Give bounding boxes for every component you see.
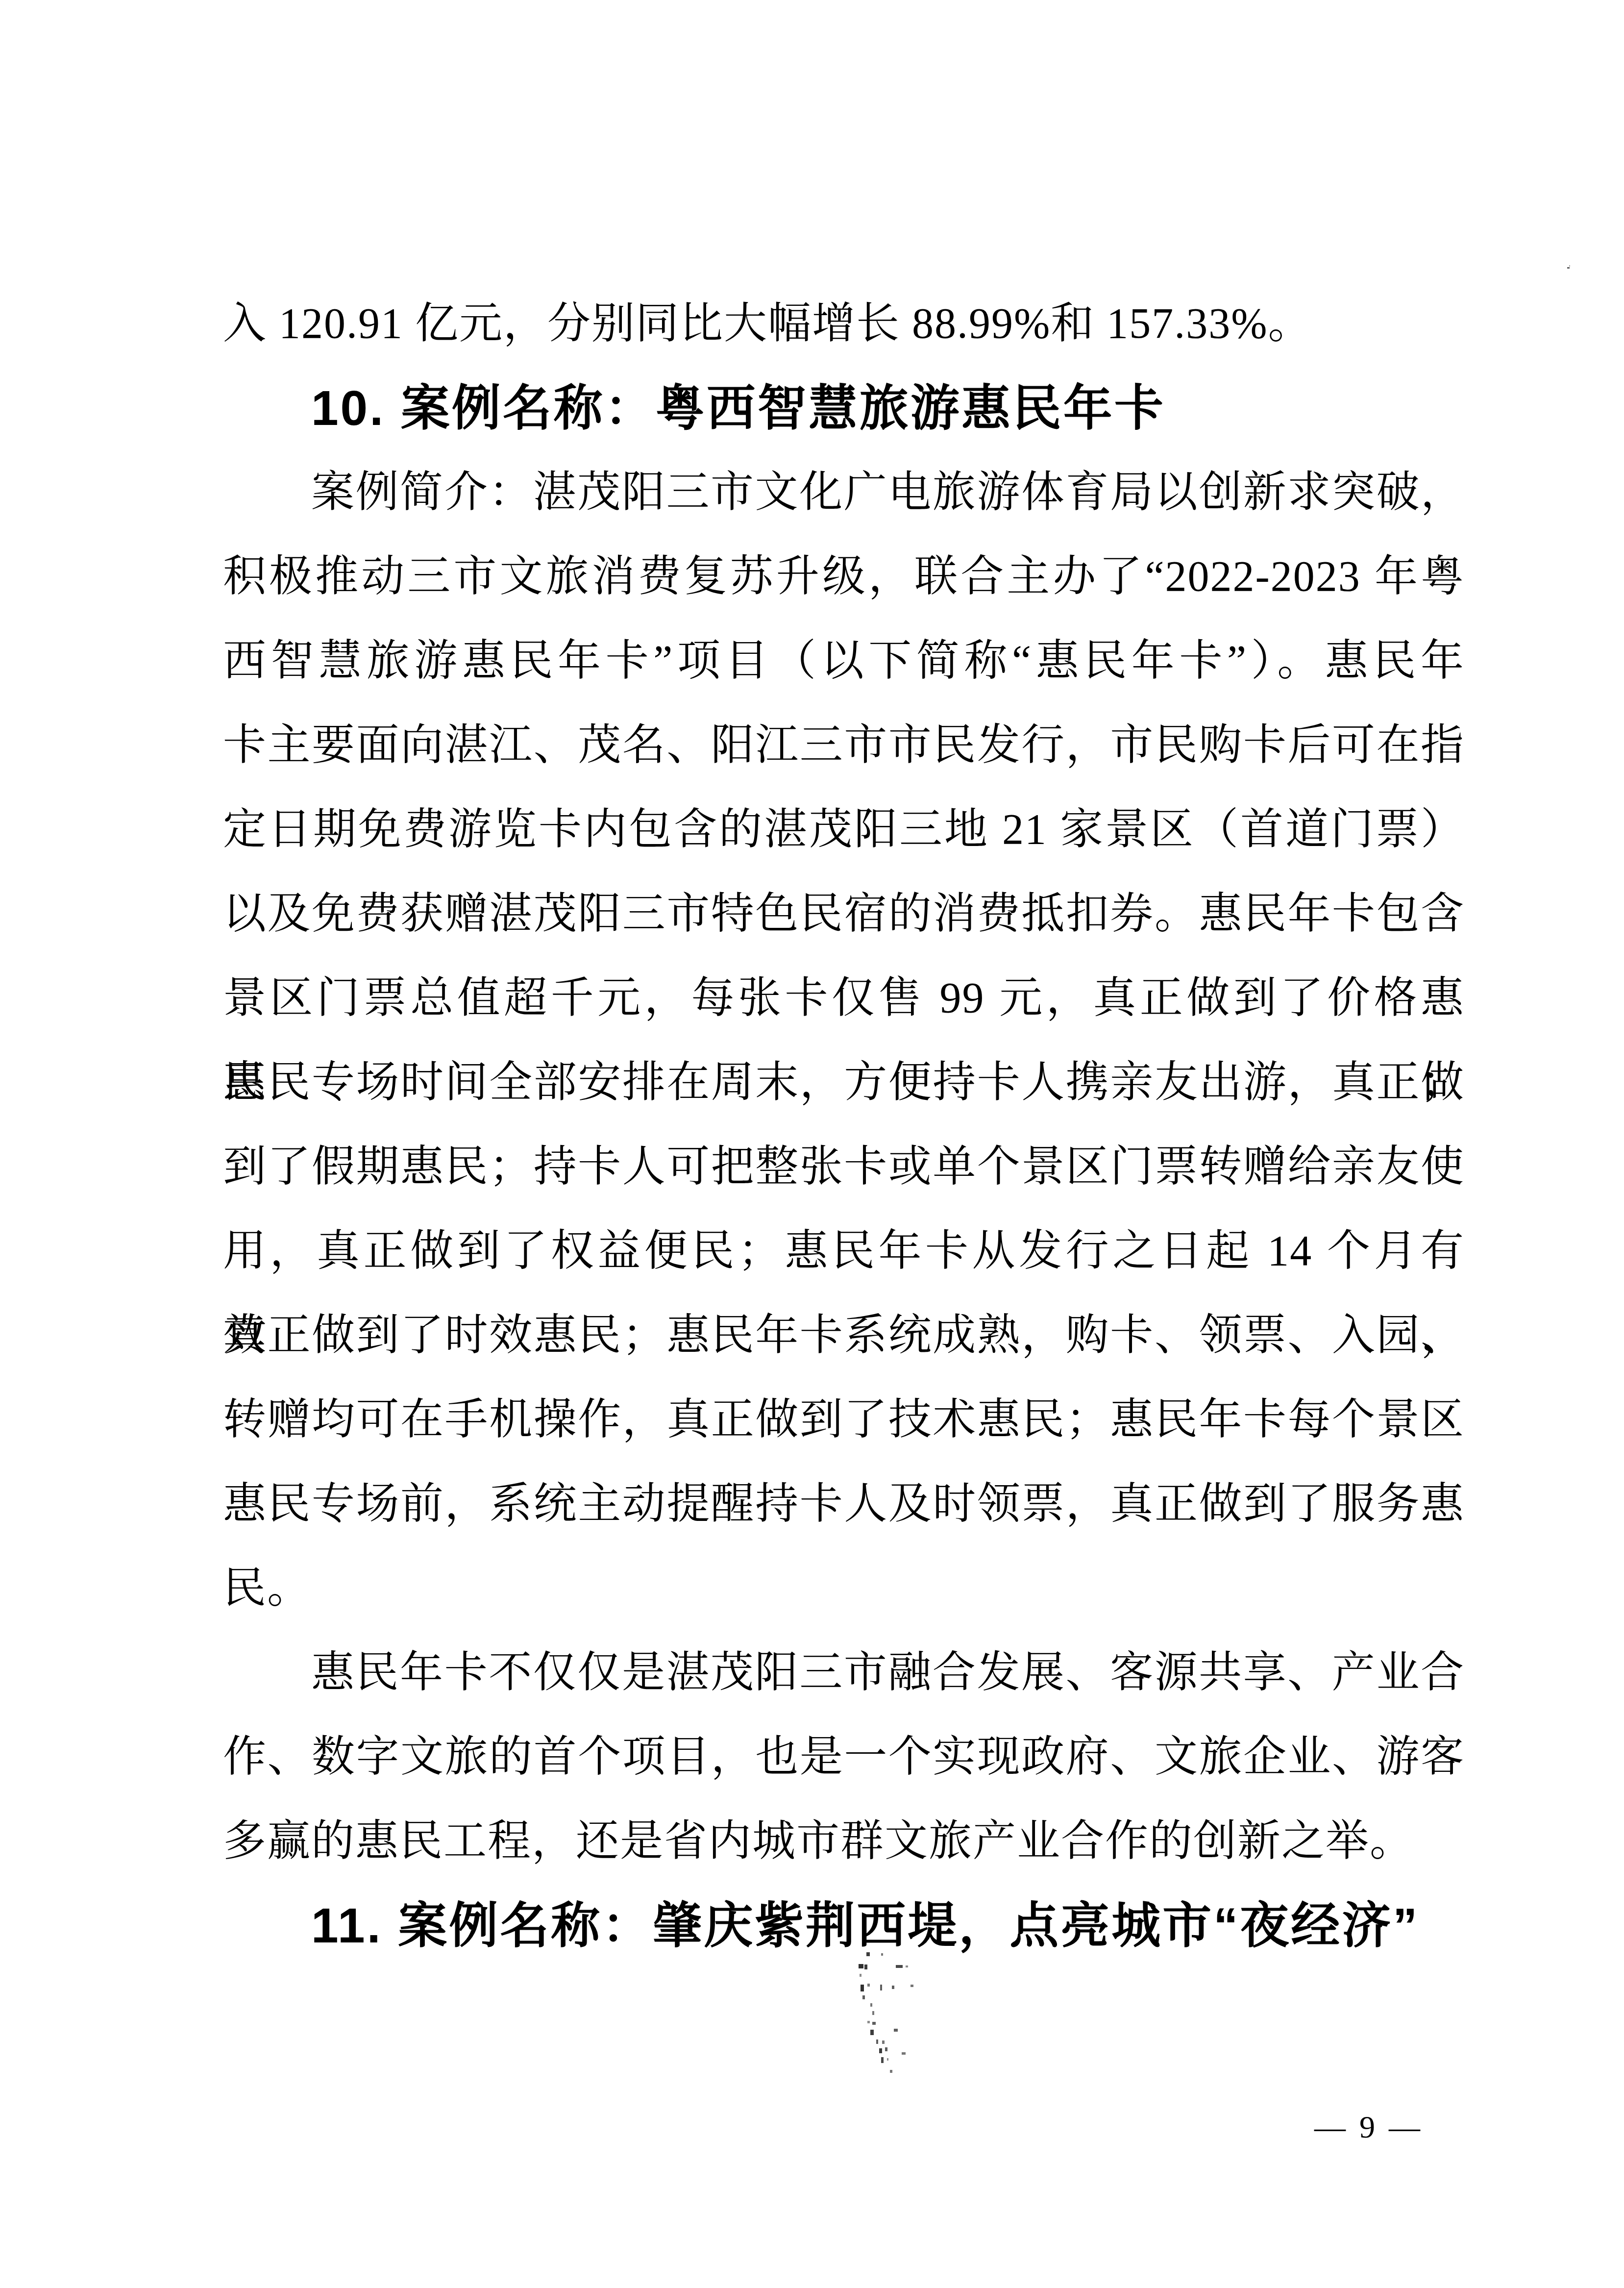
body-text-line: 惠民专场时间全部安排在周末，方便持卡人携亲友出游，真正做	[223, 1041, 1465, 1125]
body-text-line: 多赢的惠民工程，还是省内城市群文旅产业合作的创新之举。	[223, 1799, 1465, 1884]
body-text-line: 到了假期惠民；持卡人可把整张卡或单个景区门票转赠给亲友使	[223, 1125, 1465, 1209]
body-text-line: 真正做到了时效惠民；惠民年卡系统成熟，购卡、领票、入园、	[223, 1293, 1465, 1378]
body-text-line: 卡主要面向湛江、茂名、阳江三市市民发行，市民购卡后可在指	[223, 703, 1465, 788]
case-11-heading: 11. 案例名称：肇庆紫荆西堤，点亮城市“夜经济”	[223, 1884, 1465, 1968]
body-text-line: 西智慧旅游惠民年卡”项目（以下简称“惠民年卡”）。惠民年	[223, 619, 1465, 703]
body-text-line: 以及免费获赠湛茂阳三市特色民宿的消费抵扣券。惠民年卡包含	[223, 872, 1465, 956]
body-text-line: 定日期免费游览卡内包含的湛茂阳三地 21 家景区（首道门票）	[223, 788, 1465, 872]
ink-smudge-artifact	[853, 1948, 946, 2081]
body-text-line: 惠民专场前，系统主动提醒持卡人及时领票，真正做到了服务惠	[223, 1462, 1465, 1546]
body-text-line: 用，真正做到了权益便民；惠民年卡从发行之日起 14 个月有效，	[223, 1209, 1465, 1293]
body-text-line: 案例简介：湛茂阳三市文化广电旅游体育局以创新求突破，	[223, 450, 1465, 535]
body-text-line: 惠民年卡不仅仅是湛茂阳三市融合发展、客源共享、产业合	[223, 1631, 1465, 1715]
body-text-line: 作、数字文旅的首个项目，也是一个实现政府、文旅企业、游客	[223, 1715, 1465, 1799]
body-text-line: 景区门票总值超千元，每张卡仅售 99 元，真正做到了价格惠民；	[223, 956, 1465, 1041]
document-body: 入 120.91 亿元，分别同比大幅增长 88.99%和 157.33%。 10…	[223, 282, 1465, 1968]
body-text-line: 转赠均可在手机操作，真正做到了技术惠民；惠民年卡每个景区	[223, 1378, 1465, 1462]
body-text-line: 入 120.91 亿元，分别同比大幅增长 88.99%和 157.33%。	[223, 282, 1465, 366]
body-text-line: 积极推动三市文旅消费复苏升级，联合主办了“2022-2023 年粤	[223, 535, 1465, 619]
scanned-page: 入 120.91 亿元，分别同比大幅增长 88.99%和 157.33%。 10…	[0, 0, 1624, 2288]
body-text-line: 民。	[223, 1546, 1465, 1631]
page-number: — 9 —	[1314, 2105, 1423, 2149]
case-10-heading: 10. 案例名称：粤西智慧旅游惠民年卡	[223, 366, 1465, 450]
scan-speck-artifact	[1566, 265, 1571, 269]
